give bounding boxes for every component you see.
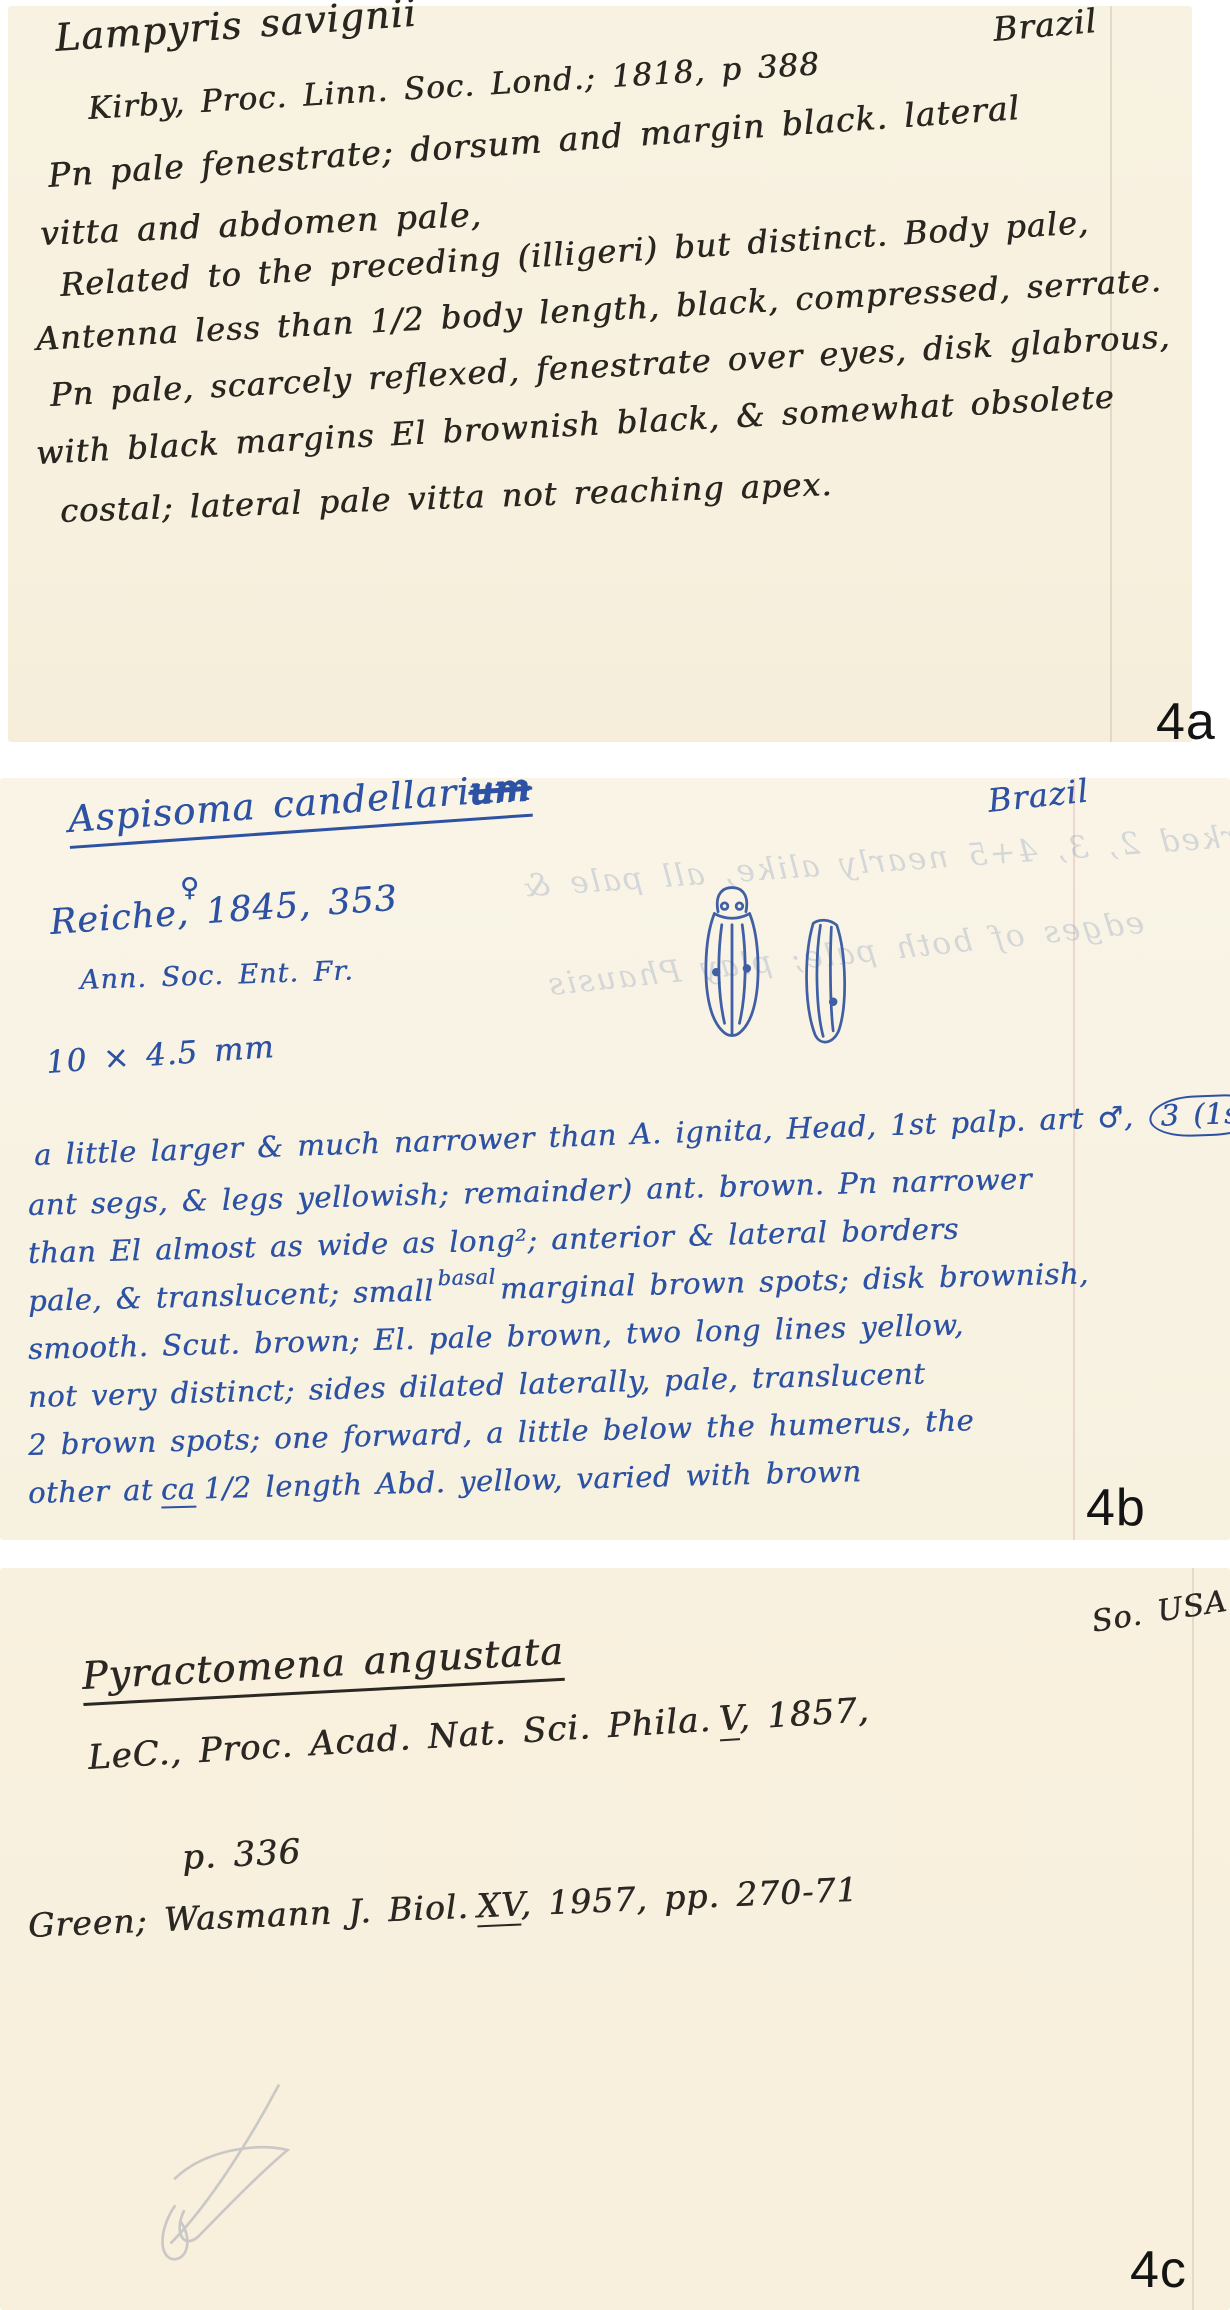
elytron-sketch bbox=[792, 918, 858, 1050]
index-card-4c: So. USA Pyractomena angustata LeC., Proc… bbox=[0, 1568, 1230, 2310]
scanned-index-cards-plate: Lampyris savignii Brazil Kirby, Proc. Li… bbox=[0, 0, 1230, 2310]
citation-4b-line1: Reiche, 1845, 353 bbox=[49, 880, 399, 943]
card-crease bbox=[1073, 778, 1075, 1540]
line-text: other at bbox=[28, 1473, 154, 1510]
volume-numeral: XV bbox=[476, 1885, 521, 1928]
line-text: , 1857, bbox=[737, 1690, 870, 1738]
ink-showthrough-line: marked 2, 3, 4+5 nearly alike, all pale … bbox=[520, 815, 1230, 905]
description-line: a little larger & much narrower than A. … bbox=[33, 1097, 1230, 1172]
line-text: LeC., Proc. Acad. Nat. Sci. Phila. bbox=[87, 1700, 712, 1778]
species-name-4a: Lampyris savignii bbox=[54, 0, 419, 60]
citation-4c-line1: LeC., Proc. Acad. Nat. Sci. Phila.V, 185… bbox=[87, 1692, 871, 1777]
index-card-4b: marked 2, 3, 4+5 nearly alike, all pale … bbox=[0, 778, 1230, 1540]
description-line: than El almost as wide as long²; anterio… bbox=[28, 1214, 960, 1270]
description-line: other atca1/2 length Abd. yellow, varied… bbox=[28, 1456, 862, 1510]
citation-4c-line3: Green; Wasmann J. Biol.XV, 1957, pp. 270… bbox=[27, 1872, 859, 1945]
species-name-text: Aspisoma candellari bbox=[66, 770, 471, 841]
card-crease bbox=[1110, 6, 1112, 742]
figure-label-4b: 4b bbox=[1086, 1478, 1146, 1538]
underlined-abbreviation: ca bbox=[160, 1472, 195, 1509]
figure-label-4a: 4a bbox=[1156, 692, 1216, 752]
locality-4a: Brazil bbox=[991, 3, 1098, 48]
line-text: pale, & translucent; small bbox=[28, 1273, 435, 1318]
description-line: not very distinct; sides dilated lateral… bbox=[28, 1359, 926, 1414]
species-name-overwritten-ending: um bbox=[468, 766, 532, 813]
description-line: smooth. Scut. brown; El. pale brown, two… bbox=[28, 1310, 965, 1366]
measurement-4b: 10 × 4.5 mm bbox=[45, 1030, 276, 1080]
line-text: Green; Wasmann J. Biol. bbox=[27, 1887, 469, 1945]
circled-annotation: 3 (1st bbox=[1149, 1093, 1230, 1138]
card-crease bbox=[1192, 1568, 1194, 2310]
index-card-4a: Lampyris savignii Brazil Kirby, Proc. Li… bbox=[8, 6, 1192, 742]
line-text: marginal brown spots; disk brownish, bbox=[500, 1256, 1090, 1305]
species-name-underlined: Aspisoma candellarium bbox=[66, 766, 532, 849]
description-line: costal; lateral pale vitta not reaching … bbox=[59, 467, 833, 529]
volume-numeral: V bbox=[718, 1698, 740, 1741]
citation-4b-line2: Ann. Soc. Ent. Fr. bbox=[79, 956, 354, 995]
line-text: 1/2 length Abd. yellow, varied with brow… bbox=[203, 1454, 862, 1505]
description-line: 2 brown spots; one forward, a little bel… bbox=[28, 1405, 975, 1462]
inserted-word: basal bbox=[437, 1266, 496, 1290]
beetle-dorsal-sketch bbox=[688, 882, 776, 1040]
species-name-text: Pyractomena angustata bbox=[81, 1629, 565, 1706]
pencil-showthrough-mark bbox=[118, 2059, 352, 2276]
citation-4c-line2: p. 336 bbox=[181, 1834, 302, 1878]
locality-4c: So. USA bbox=[1089, 1585, 1229, 1639]
species-name-4c: Pyractomena angustata bbox=[81, 1631, 565, 1698]
line-text: , 1957, pp. 270-71 bbox=[519, 1870, 859, 1924]
species-name-4b: Aspisoma candellarium bbox=[67, 768, 532, 841]
line-text: a little larger & much narrower than A. … bbox=[33, 1100, 1134, 1172]
figure-label-4c: 4c bbox=[1130, 2240, 1187, 2300]
